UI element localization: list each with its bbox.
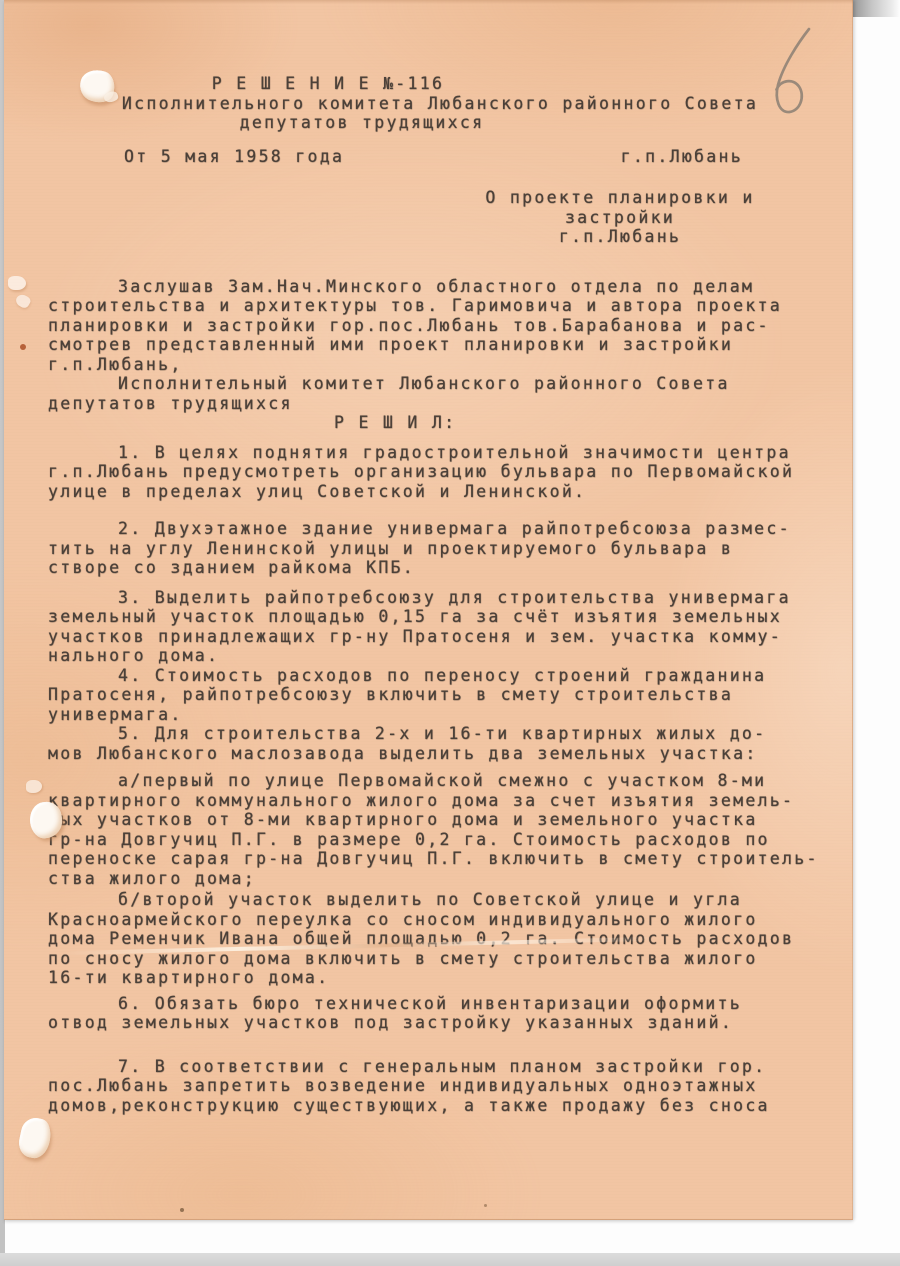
paragraph-5b: б/второй участок выделить по Советской у… xyxy=(48,890,832,988)
subject-line-2: г.п.Любань xyxy=(434,227,806,247)
handwritten-six-icon xyxy=(765,26,815,121)
edge-tear-left-small xyxy=(14,292,32,309)
paper-crumple-left xyxy=(26,780,42,793)
title-line: Р Е Ш Е Н И Е №-116 xyxy=(0,74,720,94)
paragraph-7: 7. В соответствии с генеральным планом з… xyxy=(48,1057,832,1116)
issuer-line-2: депутатов трудящихся xyxy=(0,113,754,133)
document-paper: 6 Р Е Ш Е Н И Е №-116 Исполнительного ко… xyxy=(4,0,853,1220)
scanner-corner-shadow xyxy=(849,0,900,17)
dark-speck-bottom xyxy=(180,1208,184,1212)
paragraph-2: 2. Двухэтажное здание универмага райпотр… xyxy=(48,519,832,578)
paragraph-6: 6. Обязать бюро технической инвентаризац… xyxy=(48,994,832,1033)
edge-tear-left xyxy=(8,276,26,290)
scanner-edge-strip-bottom xyxy=(0,1253,900,1266)
preamble: Заслушав Зам.Нач.Минского областного отд… xyxy=(48,277,832,375)
decided-word: Р Е Ш И Л: xyxy=(334,413,832,433)
document-place: г.п.Любань xyxy=(621,147,743,167)
scanned-document-screenshot: { "page_number": "6", "header": { "title… xyxy=(0,0,900,1266)
subject-block: О проекте планировки и застройки г.п.Люб… xyxy=(434,188,806,247)
red-ink-speck xyxy=(20,344,26,350)
issuer-line: Исполнительного комитета Любанского райо… xyxy=(48,94,832,114)
preamble-resolution: Исполнительный комитет Любанского районн… xyxy=(48,374,832,413)
document-header: Р Е Ш Е Н И Е №-116 Исполнительного коми… xyxy=(48,74,832,133)
paragraph-3: 3. Выделить райпотребсоюзу для строитель… xyxy=(48,588,832,666)
page-number: 6 xyxy=(765,26,815,121)
paper-top-edge-shadow xyxy=(4,0,853,4)
document-date: От 5 мая 1958 года xyxy=(48,147,344,167)
paragraph-5: 5. Для строительства 2-х и 16-ти квартир… xyxy=(48,724,832,763)
torn-hole-bottom-left xyxy=(16,1115,54,1160)
date-place-row: От 5 мая 1958 года г.п.Любань xyxy=(48,147,832,167)
dark-speck-bottom-2 xyxy=(484,1204,487,1207)
subject-line: О проекте планировки и застройки xyxy=(434,188,806,227)
paragraph-5a: а/первый по улице Первомайской смежно с … xyxy=(48,771,832,888)
paragraph-1: 1. В целях поднятия градостроительной зн… xyxy=(48,443,832,502)
paragraph-4: 4. Стоимость расходов по переносу строен… xyxy=(48,666,832,725)
